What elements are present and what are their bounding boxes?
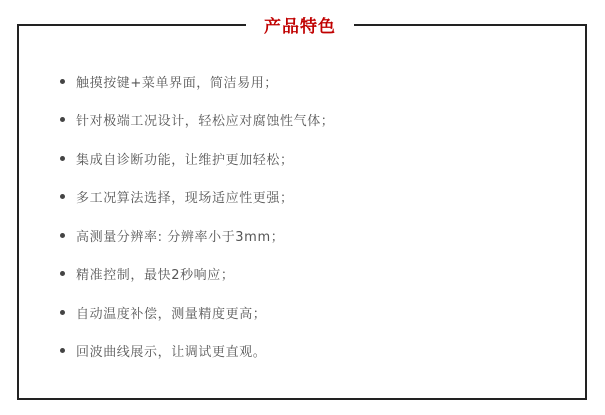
bullet-icon — [60, 117, 65, 122]
feature-text: 集成自诊断功能，让维护更加轻松； — [76, 149, 294, 168]
bullet-icon — [60, 79, 65, 84]
list-item: 针对极端工况设计，轻松应对腐蚀性气体； — [58, 101, 334, 140]
bullet-icon — [60, 348, 65, 353]
list-item: 回波曲线展示，让调试更直观。 — [58, 332, 334, 371]
title-label-background: 产品特色 — [246, 6, 354, 42]
feature-text: 自动温度补偿，测量精度更高； — [76, 303, 266, 322]
list-item: 集成自诊断功能，让维护更加轻松； — [58, 139, 334, 178]
bullet-icon — [60, 233, 65, 238]
list-item: 多工况算法选择，现场适应性更强； — [58, 178, 334, 217]
list-item: 触摸按键+菜单界面，简洁易用； — [58, 62, 334, 101]
list-item: 精准控制，最快2秒响应； — [58, 255, 334, 294]
list-item: 高测量分辨率: 分辨率小于3mm； — [58, 216, 334, 255]
bullet-icon — [60, 271, 65, 276]
feature-text: 回波曲线展示，让调试更直观。 — [76, 341, 266, 360]
feature-text: 针对极端工况设计，轻松应对腐蚀性气体； — [76, 110, 334, 129]
list-item: 自动温度补偿，测量精度更高； — [58, 293, 334, 332]
feature-list: 触摸按键+菜单界面，简洁易用； 针对极端工况设计，轻松应对腐蚀性气体； 集成自诊… — [58, 62, 334, 370]
feature-text: 触摸按键+菜单界面，简洁易用； — [76, 72, 278, 91]
bullet-icon — [60, 156, 65, 161]
section-title: 产品特色 — [264, 12, 336, 37]
bullet-icon — [60, 194, 65, 199]
feature-text: 精准控制，最快2秒响应； — [76, 264, 234, 283]
feature-text: 高测量分辨率: 分辨率小于3mm； — [76, 226, 284, 245]
bullet-icon — [60, 310, 65, 315]
feature-text: 多工况算法选择，现场适应性更强； — [76, 187, 294, 206]
